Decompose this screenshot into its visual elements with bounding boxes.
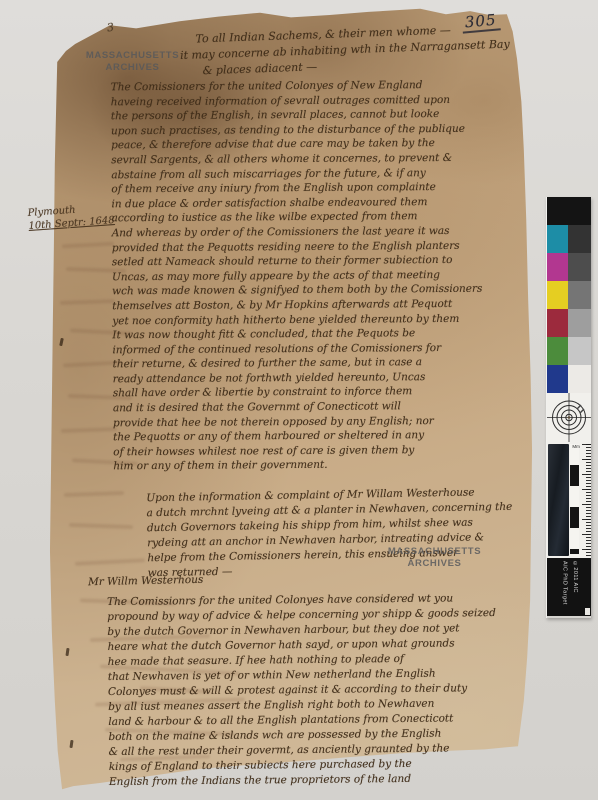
archives-stamp-middle: MASSACHUSETTS ARCHIVES xyxy=(357,546,512,570)
resolution-target xyxy=(547,393,591,442)
paragraph-1: The Comissioners for the united Colonyes… xyxy=(111,78,484,475)
gloss-panel xyxy=(548,444,569,556)
corner-mark: 3 xyxy=(106,21,115,35)
manuscript-line: him or any of them in their government. xyxy=(113,457,483,474)
manuscript-line: English from the Indians the true propri… xyxy=(109,771,498,790)
gray-patch xyxy=(568,365,591,393)
ruler-section: Mm xyxy=(547,442,591,558)
manuscript-line: provide that hee be not therein opposed … xyxy=(113,413,483,430)
manuscript-line: in due place & order satisfaction shalbe… xyxy=(111,194,481,211)
calibration-target: Mm AIC PhD Target ©2011 AIC xyxy=(546,197,591,618)
manuscript-line: yet noe conformity hath hitherto bene yi… xyxy=(112,311,482,328)
color-patch xyxy=(547,365,568,393)
patch-row xyxy=(547,281,591,309)
manuscript-line: informed of the continued resolutions of… xyxy=(112,340,482,357)
patch-row xyxy=(547,253,591,281)
color-patch-grid xyxy=(547,197,591,393)
patch-row xyxy=(547,309,591,337)
color-patch xyxy=(547,281,568,309)
paragraph-3: The Comissionrs for the united Colonyes … xyxy=(107,591,498,790)
stamp-line: MASSACHUSETTS xyxy=(357,546,512,558)
target-label: AIC PhD Target ©2011 AIC xyxy=(547,558,591,616)
gray-patch xyxy=(568,281,591,309)
gray-patch xyxy=(568,309,591,337)
target-label-line: ©2011 AIC xyxy=(571,561,579,616)
patch-row xyxy=(547,365,591,393)
gray-patch xyxy=(568,197,591,225)
color-patch xyxy=(547,225,568,253)
target-label-line: AIC PhD Target xyxy=(560,561,568,616)
label-notch xyxy=(585,608,590,615)
patch-row xyxy=(547,197,591,225)
margin-name-note: Mr Willm Westerhous xyxy=(88,574,204,588)
gray-patch xyxy=(568,337,591,365)
gray-patch xyxy=(568,253,591,281)
color-patch xyxy=(547,337,568,365)
scan-background: 3 305 MASSACHUSETTS ARCHIVES To all Indi… xyxy=(0,0,598,800)
color-patch xyxy=(547,309,568,337)
ruler-ticks-major xyxy=(582,444,591,556)
patch-row xyxy=(547,337,591,365)
color-patch xyxy=(547,197,568,225)
gray-patch xyxy=(568,225,591,253)
resolution-target-icon xyxy=(547,393,591,442)
color-patch xyxy=(547,253,568,281)
ruler: Mm xyxy=(569,442,591,558)
stamp-line: ARCHIVES xyxy=(357,558,512,570)
patch-row xyxy=(547,225,591,253)
ruler-unit-label: Mm xyxy=(572,444,580,449)
manuscript-line: sevrall Sargents, & all others whome it … xyxy=(111,151,481,168)
checker-column xyxy=(570,444,579,554)
